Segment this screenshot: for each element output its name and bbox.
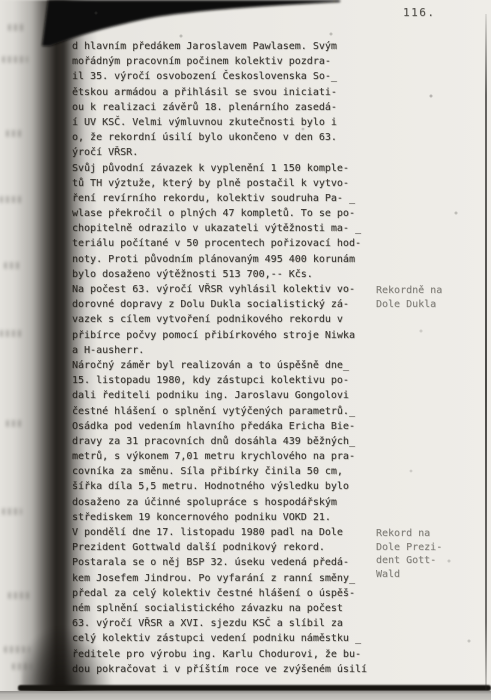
scan-noise-specks <box>0 0 2 2</box>
text-line: Svůj původní závazek k vyplenění 1 150 k… <box>72 163 367 178</box>
text-line: dali řediteli podniku ing. Jaroslavu Gon… <box>72 390 367 405</box>
page-right-edge <box>485 14 487 690</box>
text-line: Náročný záměr byl realizován a to úspěšn… <box>72 360 367 375</box>
text-line: o, že rekordní úsilí bylo ukončeno v den… <box>72 132 367 147</box>
text-line: předal za celý kolektiv čestné hlášení o… <box>72 588 367 603</box>
text-line: ýročí VŘSR. <box>72 147 367 162</box>
scan-smudge <box>8 24 26 31</box>
text-line: šířka díla 5,5 metru. Hodnotného výsledk… <box>72 481 367 496</box>
text-line: V pondělí dne 17. listopadu 1980 padl na… <box>72 527 367 542</box>
text-line: dosaženo za účinné spolupráce s hospodář… <box>72 497 367 512</box>
text-line: čestné hlášení o splnění vytýčených para… <box>72 406 367 421</box>
text-line: Postarala se o něj BSP 32. úseku vedená … <box>72 557 367 572</box>
text-line: dorovné dopravy z Dolu Dukla socialistic… <box>72 299 367 314</box>
scan-smudge <box>8 592 30 599</box>
margin-note-line: dent Gott- <box>376 554 442 568</box>
body-text: d hlavním předákem Jaroslavem Pawlasem. … <box>72 41 367 679</box>
text-line: covníka za směnu. Síla přibírky činila 5… <box>72 466 367 481</box>
scan-blob-top <box>38 0 348 50</box>
text-line: bylo dosaženo výtěžnosti 513 700,-- Kčs. <box>72 269 367 284</box>
gutter-bottom-flare <box>22 628 112 690</box>
text-line: Na počest 63. výročí VŘSR vyhlásil kolek… <box>72 284 367 299</box>
text-line: celý kolektiv zástupci vedení podniku ná… <box>72 633 367 648</box>
text-line: ném splnění socialistického závazku na p… <box>72 603 367 618</box>
text-line: dravy za 31 pracovních dnů dosáhla 439 b… <box>72 436 367 451</box>
scanned-page: 116. d hlavním předákem Jaroslavem Pawla… <box>0 0 491 700</box>
text-line: kem Josefem Jindrou. Po vyfarání z ranní… <box>72 573 367 588</box>
text-line: chopitelně odrazilo v ukazateli výtěžnos… <box>72 223 367 238</box>
scan-smudge <box>2 508 22 515</box>
text-line: 15. listopadu 1980, kdy zástupci kolekti… <box>72 375 367 390</box>
scan-smudge <box>12 663 32 670</box>
text-line: Prezident Gottwald další podnikový rekor… <box>72 542 367 557</box>
scan-smudge <box>6 130 24 137</box>
scan-smudge <box>0 196 24 203</box>
text-line: přibírce počvy pomocí přibírkového stroj… <box>72 330 367 345</box>
margin-note-line: Rekord na <box>376 527 442 541</box>
text-line: metrů, s výkonem 7,01 metru krychlového … <box>72 451 367 466</box>
text-line: il 35. výročí osvobození Československa … <box>72 71 367 86</box>
text-line: 63. výročí VŘSR a XVI. sjezdu KSČ a slíb… <box>72 618 367 633</box>
margin-note-dukla: Rekordně naDole Dukla <box>376 284 442 311</box>
text-line: střediskem 19 koncernového podniku VOKD … <box>72 512 367 527</box>
text-line: ření revírního rekordu, kolektiv soudruh… <box>72 193 367 208</box>
scan-bottom-strip <box>0 691 491 700</box>
text-line: a H-ausherr. <box>72 345 367 360</box>
scan-smudge <box>4 646 30 653</box>
text-line: teriálu počítané v 50 procentech pořizov… <box>72 238 367 253</box>
scan-smudge <box>0 330 22 337</box>
scan-smudge <box>6 420 24 427</box>
margin-note-line: Dole Dukla <box>376 298 442 312</box>
margin-note-line: Rekordně na <box>376 284 442 298</box>
text-line: vazek s cílem vytvoření podnikového reko… <box>72 314 367 329</box>
margin-note-line: Dole Prezi- <box>376 541 442 555</box>
margin-note-gottwald: Rekord naDole Prezi-dent Gott-Wald <box>376 527 442 581</box>
text-line: noty. Proti původním plánovaným 495 400 … <box>72 254 367 269</box>
page-number: 116. <box>403 6 436 19</box>
text-line: wlase překročil o plných 47 kompletů. To… <box>72 208 367 223</box>
text-line: dou pokračovat i v příštím roce ve zvýše… <box>72 664 367 679</box>
text-line: tů TH výztuže, který by plně postačil k … <box>72 178 367 193</box>
scan-smudge <box>4 262 20 269</box>
text-line: ředitele pro výrobu ing. Karlu Chodurovi… <box>72 649 367 664</box>
margin-note-line: Wald <box>376 568 442 582</box>
text-line: ou k realizaci závěrů 18. plenárního zas… <box>72 102 367 117</box>
scan-smudge <box>2 56 28 63</box>
text-line: ětskou armádou a přihlásil se svou inici… <box>72 87 367 102</box>
text-line: í UV KSČ. Velmi výmluvnou zkutečnosti by… <box>72 117 367 132</box>
text-line: Osádka pod vedením hlavního předáka Eric… <box>72 421 367 436</box>
text-line: mořádným pracovním počinem kolektiv pozd… <box>72 56 367 71</box>
